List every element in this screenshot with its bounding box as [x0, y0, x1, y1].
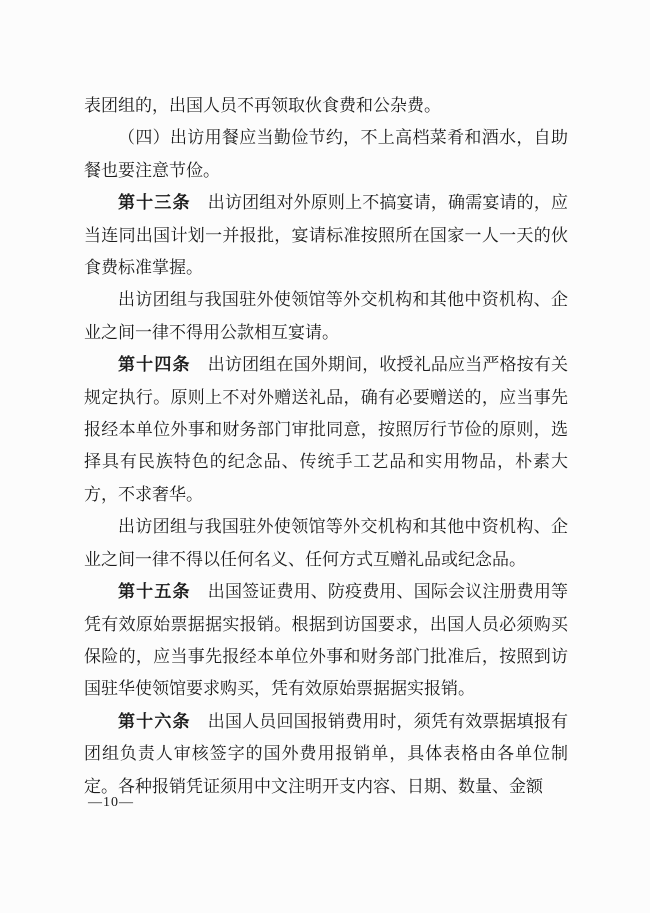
document-body: 表团组的，出国人员不再领取伙食费和公杂费。（四）出访用餐应当勤俭节约，不上高档菜…: [84, 90, 568, 803]
paragraph: 出访团组与我国驻外使领馆等外交机构和其他中资机构、企业之间一律不得用公款相互宴请…: [84, 284, 568, 349]
paragraph-text: （四）出访用餐应当勤俭节约，不上高档菜肴和酒水，自助餐也要注意节俭。: [84, 128, 568, 179]
document-page: 表团组的，出国人员不再领取伙食费和公杂费。（四）出访用餐应当勤俭节约，不上高档菜…: [0, 0, 650, 913]
paragraph: 第十三条 出访团组对外原则上不搞宴请，确需宴请的，应当连同出国计划一并报批，宴请…: [84, 187, 568, 284]
article-number: 第十五条: [118, 582, 191, 601]
paragraph-text: 出访团组与我国驻外使领馆等外交机构和其他中资机构、企业之间一律不得以任何名义、任…: [84, 517, 568, 568]
paragraph: 表团组的，出国人员不再领取伙食费和公杂费。: [84, 90, 568, 122]
article-number: 第十六条: [118, 712, 191, 731]
article-number: 第十四条: [118, 355, 191, 374]
paragraph: 第十六条 出国人员回国报销费用时，须凭有效票据填报有团组负责人审核签字的国外费用…: [84, 706, 568, 803]
page-number: —10—: [88, 795, 134, 811]
paragraph: 出访团组与我国驻外使领馆等外交机构和其他中资机构、企业之间一律不得以任何名义、任…: [84, 511, 568, 576]
paragraph-text: 表团组的，出国人员不再领取伙食费和公杂费。: [84, 96, 441, 115]
article-number: 第十三条: [118, 193, 191, 212]
paragraph-text: 出访团组与我国驻外使领馆等外交机构和其他中资机构、企业之间一律不得用公款相互宴请…: [84, 290, 568, 341]
paragraph: 第十五条 出国签证费用、防疫费用、国际会议注册费用等凭有效原始票据据实报销。根据…: [84, 576, 568, 706]
paragraph: （四）出访用餐应当勤俭节约，不上高档菜肴和酒水，自助餐也要注意节俭。: [84, 122, 568, 187]
paragraph: 第十四条 出访团组在国外期间，收授礼品应当严格按有关规定执行。原则上不对外赠送礼…: [84, 349, 568, 511]
paragraph-text: 出访团组在国外期间，收授礼品应当严格按有关规定执行。原则上不对外赠送礼品，确有必…: [84, 355, 568, 504]
